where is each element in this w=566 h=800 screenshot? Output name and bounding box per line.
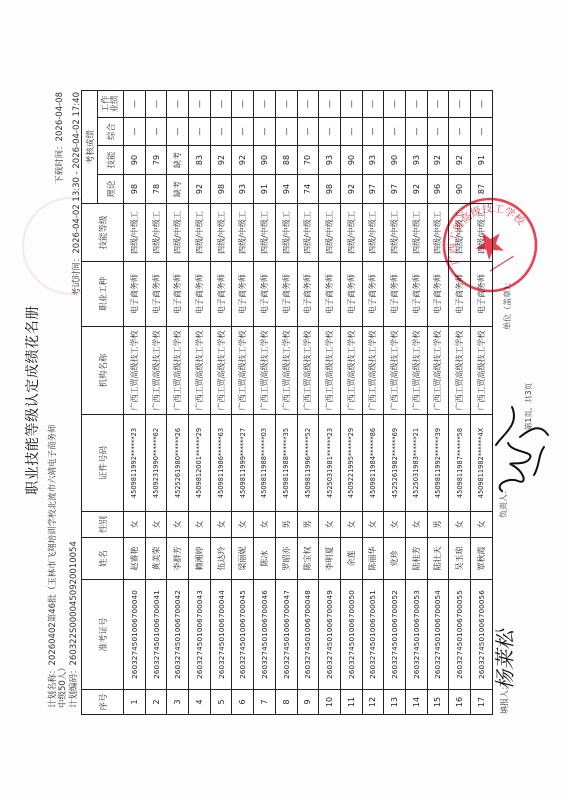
row-theory-score: 91 (254, 174, 276, 203)
row-skill-level: 四级/中级工 (211, 203, 233, 261)
row-id-number: 4509811999******27 (232, 414, 254, 511)
row-gender: 女 (254, 511, 276, 537)
header-name: 姓名 (82, 537, 124, 579)
row-gender: 男 (298, 511, 320, 537)
row-skill-level: 四级/中级工 (341, 203, 363, 261)
row-comprehensive-score: — (298, 117, 320, 145)
row-gender: 女 (146, 511, 168, 537)
row-gender: 女 (471, 511, 493, 537)
row-gender: 女 (232, 511, 254, 537)
row-theory-score: 缺考 (167, 174, 189, 203)
row-name: 陈冰 (254, 537, 276, 579)
row-comprehensive-score: — (211, 117, 233, 145)
row-comprehensive-score: — (254, 117, 276, 145)
row-ticket-number: 2603274501006700053 (406, 579, 428, 689)
row-occupation: 电子商务师 (189, 261, 211, 326)
header-skill: 技能 (98, 145, 124, 174)
row-seq: 14 (406, 689, 428, 714)
row-organization: 广西工贸高级技工学校 (449, 326, 471, 414)
row-comprehensive-score: — (406, 117, 428, 145)
row-work-performance: — (276, 90, 298, 117)
plan-name-continued: 中级50人） (58, 663, 68, 708)
row-gender: 男 (276, 511, 298, 537)
row-skill-score: 90 (384, 145, 406, 174)
official-seal-icon: 广西工贸高级技工学校 (440, 195, 540, 295)
row-organization: 广西工贸高级技工学校 (211, 326, 233, 414)
row-comprehensive-score: — (319, 117, 341, 145)
row-skill-level: 四级/中级工 (124, 203, 146, 261)
row-name: 陆桂芳 (406, 537, 428, 579)
row-organization: 广西工贸高级技工学校 (232, 326, 254, 414)
row-ticket-number: 2603274501006700040 (124, 579, 146, 689)
header-assessment-scores: 考核成绩 (82, 90, 98, 203)
row-gender: 男 (428, 511, 450, 537)
row-theory-score: 98 (211, 174, 233, 203)
row-id-number: 4509221995******29 (341, 414, 363, 511)
row-seq: 16 (449, 689, 471, 714)
row-name: 党珍 (384, 537, 406, 579)
row-seq: 13 (384, 689, 406, 714)
row-organization: 广西工贸高级技工学校 (384, 326, 406, 414)
row-gender: 女 (384, 511, 406, 537)
row-skill-score: 88 (276, 145, 298, 174)
row-ticket-number: 2603274501006700050 (341, 579, 363, 689)
row-id-number: 4509811992******39 (428, 414, 450, 511)
row-gender: 女 (124, 511, 146, 537)
row-seq: 17 (471, 689, 493, 714)
row-gender: 女 (341, 511, 363, 537)
row-occupation: 电子商务师 (406, 261, 428, 326)
row-skill-score: 70 (298, 145, 320, 174)
row-seq: 7 (254, 689, 276, 714)
row-theory-score: 97 (363, 174, 385, 203)
row-skill-level: 四级/中级工 (363, 203, 385, 261)
row-gender: 女 (319, 511, 341, 537)
row-theory-score: 92 (406, 174, 428, 203)
row-work-performance: — (319, 90, 341, 117)
header-occupation: 职业工种 (82, 261, 124, 326)
row-theory-score: 92 (341, 174, 363, 203)
plan-name: 计划名称：20260402第46批（玉林市飞翔培训学校北流市六靖电子商务师 (48, 424, 58, 708)
row-seq: 5 (211, 689, 233, 714)
score-roster-table: 序号 准考证号 姓名 性别 证件号码 机构名称 职业工种 技能等级 考核成绩 理… (81, 90, 493, 715)
row-ticket-number: 2603274501006700045 (232, 579, 254, 689)
row-work-performance: — (406, 90, 428, 117)
row-name: 李明夏 (319, 537, 341, 579)
row-skill-score: 93 (406, 145, 428, 174)
row-comprehensive-score: — (124, 117, 146, 145)
row-work-performance: — (167, 90, 189, 117)
row-seq: 9 (298, 689, 320, 714)
row-theory-score: 74 (298, 174, 320, 203)
row-skill-score: 90 (124, 145, 146, 174)
header-theory: 理论 (98, 174, 124, 203)
row-work-performance: — (124, 90, 146, 117)
row-id-number: 4509811992******23 (124, 414, 146, 511)
row-skill-score: 93 (319, 145, 341, 174)
row-skill-score: 92 (428, 145, 450, 174)
row-name: 吴玉琼 (449, 537, 471, 579)
row-occupation: 电子商务师 (254, 261, 276, 326)
row-theory-score: 98 (124, 174, 146, 203)
row-name: 罗昭亦 (276, 537, 298, 579)
row-organization: 广西工贸高级技工学校 (254, 326, 276, 414)
row-skill-level: 四级/中级工 (189, 203, 211, 261)
row-skill-level: 四级/中级工 (232, 203, 254, 261)
row-name: 李群芳 (167, 537, 189, 579)
row-organization: 广西工贸高级技工学校 (363, 326, 385, 414)
row-occupation: 电子商务师 (384, 261, 406, 326)
responsible-signature-icon (490, 403, 552, 495)
row-theory-score: 94 (276, 174, 298, 203)
row-organization: 广西工贸高级技工学校 (406, 326, 428, 414)
row-organization: 广西工贸高级技工学校 (167, 326, 189, 414)
row-skill-score: 90 (254, 145, 276, 174)
row-seq: 4 (189, 689, 211, 714)
row-occupation: 电子商务师 (232, 261, 254, 326)
row-ticket-number: 2603274501006700046 (254, 579, 276, 689)
row-skill-score: 缺考 (167, 145, 189, 174)
row-occupation: 电子商务师 (319, 261, 341, 326)
row-seq: 10 (319, 689, 341, 714)
row-work-performance: — (232, 90, 254, 117)
row-skill-level: 四级/中级工 (146, 203, 168, 261)
row-skill-score: 90 (341, 145, 363, 174)
row-seq: 1 (124, 689, 146, 714)
row-work-performance: — (298, 90, 320, 117)
row-occupation: 电子商务师 (211, 261, 233, 326)
row-ticket-number: 2603274501006700051 (363, 579, 385, 689)
row-organization: 广西工贸高级技工学校 (319, 326, 341, 414)
row-work-performance: — (211, 90, 233, 117)
header-skill-level: 技能等级 (82, 203, 124, 261)
page-info: 第1页，共3页 (524, 383, 534, 430)
header-comprehensive: 综合 (98, 117, 124, 145)
row-name: 覃秋霞 (471, 537, 493, 579)
download-time: 下载时间：2026-04-08 (55, 92, 65, 184)
row-comprehensive-score: — (363, 117, 385, 145)
header-id-number: 证件号码 (82, 414, 124, 511)
row-ticket-number: 2603274501006700054 (428, 579, 450, 689)
plan-code: 计划编码：260322S0000450920010054 (69, 541, 79, 708)
row-skill-level: 四级/中级工 (384, 203, 406, 261)
row-theory-score: 78 (146, 174, 168, 203)
row-organization: 广西工贸高级技工学校 (124, 326, 146, 414)
row-work-performance: — (363, 90, 385, 117)
row-id-number: 4509231990******62 (146, 414, 168, 511)
row-seq: 2 (146, 689, 168, 714)
row-seq: 6 (232, 689, 254, 714)
row-occupation: 电子商务师 (124, 261, 146, 326)
row-skill-score: 93 (363, 145, 385, 174)
roster-document: 职业技能等级认定成绩花名册 计划名称：20260402第46批（玉林市飞翔培训学… (0, 0, 566, 800)
row-comprehensive-score: — (167, 117, 189, 145)
scanned-page: 职业技能等级认定成绩花名册 计划名称：20260402第46批（玉林市飞翔培训学… (0, 0, 566, 800)
row-seq: 15 (428, 689, 450, 714)
row-gender: 女 (211, 511, 233, 537)
row-comprehensive-score: — (384, 117, 406, 145)
row-work-performance: — (384, 90, 406, 117)
row-work-performance: — (449, 90, 471, 117)
row-seq: 8 (276, 689, 298, 714)
row-id-number: 4525261980******26 (167, 414, 189, 511)
row-skill-level: 四级/中级工 (276, 203, 298, 261)
row-gender: 女 (363, 511, 385, 537)
row-theory-score: 97 (384, 174, 406, 203)
row-occupation: 电子商务师 (363, 261, 385, 326)
row-skill-score: 92 (232, 145, 254, 174)
row-occupation: 电子商务师 (276, 261, 298, 326)
row-ticket-number: 2603274501006700044 (211, 579, 233, 689)
row-skill-score: 83 (189, 145, 211, 174)
row-work-performance: — (254, 90, 276, 117)
row-occupation: 电子商务师 (341, 261, 363, 326)
row-id-number: 4509811988******03 (254, 414, 276, 511)
header-seq: 序号 (82, 689, 124, 714)
row-name: 赖湘婷 (189, 537, 211, 579)
row-ticket-number: 2603274501006700056 (471, 579, 493, 689)
row-name: 陈宝权 (298, 537, 320, 579)
row-ticket-number: 2603274501006700049 (319, 579, 341, 689)
row-work-performance: — (341, 90, 363, 117)
row-gender: 女 (449, 511, 471, 537)
row-comprehensive-score: — (471, 117, 493, 145)
row-name: 余莲 (341, 537, 363, 579)
row-comprehensive-score: — (189, 117, 211, 145)
header-organization: 机构名称 (82, 326, 124, 414)
row-comprehensive-score: — (146, 117, 168, 145)
row-ticket-number: 2603274501006700042 (167, 579, 189, 689)
row-work-performance: — (189, 90, 211, 117)
seal-star-icon (470, 225, 509, 263)
row-gender: 女 (167, 511, 189, 537)
row-organization: 广西工贸高级技工学校 (189, 326, 211, 414)
row-gender: 女 (189, 511, 211, 537)
row-seq: 12 (363, 689, 385, 714)
row-comprehensive-score: — (341, 117, 363, 145)
row-name: 梁丽妮 (232, 537, 254, 579)
row-skill-score: 92 (211, 145, 233, 174)
row-theory-score: 92 (189, 174, 211, 203)
row-organization: 广西工贸高级技工学校 (298, 326, 320, 414)
row-ticket-number: 2603274501006700041 (146, 579, 168, 689)
row-id-number: 4509811987******58 (449, 414, 471, 511)
row-skill-score: 79 (146, 145, 168, 174)
row-work-performance: — (428, 90, 450, 117)
row-work-performance: — (146, 90, 168, 117)
row-organization: 广西工贸高级技工学校 (276, 326, 298, 414)
header-gender: 性别 (82, 511, 124, 537)
row-gender: 女 (406, 511, 428, 537)
filled-by-signature: 杨莱松 (493, 630, 517, 690)
row-name: 黄美荣 (146, 537, 168, 579)
row-skill-level: 四级/中级工 (319, 203, 341, 261)
row-organization: 广西工贸高级技工学校 (428, 326, 450, 414)
row-comprehensive-score: — (428, 117, 450, 145)
row-occupation: 电子商务师 (146, 261, 168, 326)
row-id-number: 4525031981******23 (319, 414, 341, 511)
row-ticket-number: 2603274501006700052 (384, 579, 406, 689)
row-name: 陆壮天 (428, 537, 450, 579)
row-comprehensive-score: — (449, 117, 471, 145)
row-organization: 广西工贸高级技工学校 (341, 326, 363, 414)
row-work-performance: — (471, 90, 493, 117)
row-organization: 广西工贸高级技工学校 (146, 326, 168, 414)
document-title: 职业技能等级认定成绩花名册 (25, 0, 41, 800)
row-occupation: 电子商务师 (298, 261, 320, 326)
header-work-performance-label: 工作业绩 (102, 95, 120, 113)
row-ticket-number: 2603274501006700048 (298, 579, 320, 689)
row-id-number: 4509812001******29 (189, 414, 211, 511)
header-work-performance: 工作业绩 (98, 90, 124, 117)
row-id-number: 4509811988******35 (276, 414, 298, 511)
row-seq: 3 (167, 689, 189, 714)
row-theory-score: 93 (232, 174, 254, 203)
row-skill-level: 四级/中级工 (298, 203, 320, 261)
row-occupation: 电子商务师 (167, 261, 189, 326)
row-skill-level: 四级/中级工 (406, 203, 428, 261)
row-id-number: 4509811986******63 (211, 414, 233, 511)
row-name: 赵睿艳 (124, 537, 146, 579)
row-comprehensive-score: — (276, 117, 298, 145)
row-name: 伍达玲 (211, 537, 233, 579)
row-id-number: 4525261982******69 (384, 414, 406, 511)
row-organization: 广西工贸高级技工学校 (471, 326, 493, 414)
row-ticket-number: 2603274501006700047 (276, 579, 298, 689)
row-theory-score: 98 (319, 174, 341, 203)
row-comprehensive-score: — (232, 117, 254, 145)
row-skill-level: 四级/中级工 (254, 203, 276, 261)
row-id-number: 4525031983******21 (406, 414, 428, 511)
row-name: 陈丽华 (363, 537, 385, 579)
header-ticket-number: 准考证号 (82, 579, 124, 689)
row-skill-score: 92 (449, 145, 471, 174)
row-skill-level: 四级/中级工 (167, 203, 189, 261)
row-seq: 11 (341, 689, 363, 714)
row-skill-score: 91 (471, 145, 493, 174)
row-ticket-number: 2603274501006700043 (189, 579, 211, 689)
row-id-number: 4509811984******86 (363, 414, 385, 511)
row-id-number: 4509811996******52 (298, 414, 320, 511)
row-ticket-number: 2603274501006700055 (449, 579, 471, 689)
